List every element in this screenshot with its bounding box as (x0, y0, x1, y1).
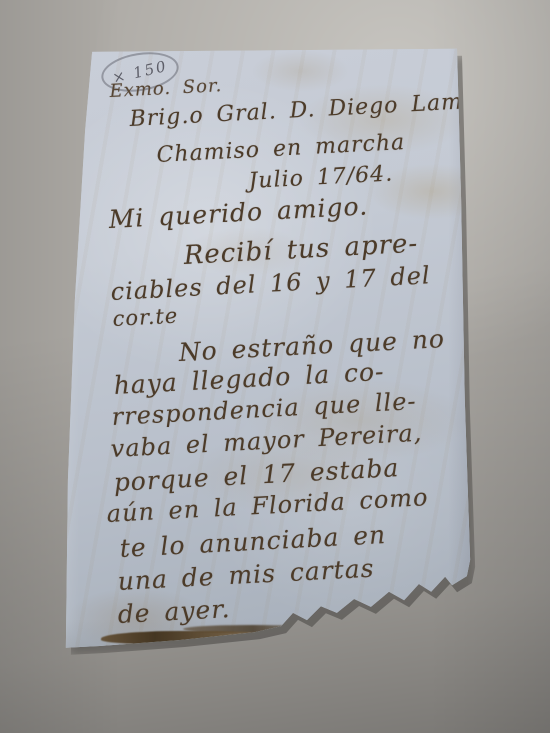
photo-background: × 150 Exmo. Sor. Brig.o Gral. D. Diego L… (0, 0, 550, 733)
letter-paper: × 150 Exmo. Sor. Brig.o Gral. D. Diego L… (63, 47, 473, 649)
handwritten-line-body: cor.te (112, 304, 179, 331)
handwritten-line-body: de ayer. (117, 594, 231, 629)
handwritten-line-greeting: Mi querido amigo. (108, 191, 369, 234)
handwritten-line-salutation: Exmo. Sor. (109, 75, 223, 102)
handwritten-line-date: Julio 17/64. (248, 161, 394, 194)
handwritten-line-body: ciables del 16 y 17 del (110, 261, 431, 306)
